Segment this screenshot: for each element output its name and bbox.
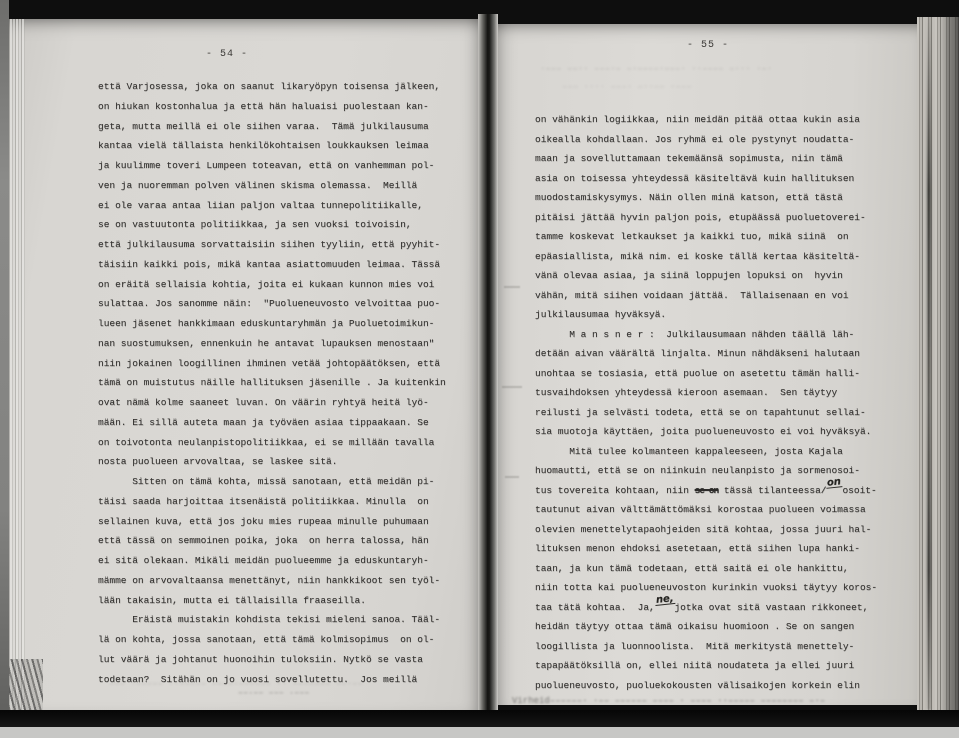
typewritten-line: sulattaa. Jos sanomme näin: "Puolueneuvo… [98, 294, 476, 314]
typewritten-line: sia muotoja käyttäen, joita puolueneuvos… [535, 422, 913, 442]
text-segment: taa tätä kohtaa. Ja, [535, 602, 655, 613]
typewritten-line: lueen jäsenet hankkimaan eduskuntaryhmän… [98, 314, 476, 334]
struck-out-text: se on [695, 485, 719, 496]
typewritten-line: on eräitä sellaisia kohtia, joita ei kuk… [98, 275, 476, 295]
typewritten-line: tusvaihdoksen yhteydessä kieroon asemaan… [535, 383, 913, 403]
typewritten-line: puolueneuvosto, puoluekokousten välisaik… [535, 676, 913, 696]
typewritten-line: reilusti ja selvästi todeta, että se on … [535, 403, 913, 423]
typewritten-line: lut väärä ja johtanut huonoihin tuloksii… [98, 650, 476, 670]
typewritten-line: on hiukan kostonhalua ja että hän haluai… [98, 97, 476, 117]
book-scan-photo: - 54 - että Varjosessa, joka on saanut l… [0, 0, 959, 738]
typewritten-line: lä on kohta, jossa sanotaan, että tämä k… [98, 630, 476, 650]
page-number-55: - 55 - [518, 40, 898, 51]
book-page-stack-right [917, 17, 959, 710]
typewritten-line: maan ja sovelluttamaan tekemäänsä sopimu… [535, 149, 913, 169]
scan-smudge [504, 286, 520, 288]
typewritten-line: loogillista ja luonnoolista. Mitä merkit… [535, 637, 913, 657]
page-stack-crease [927, 17, 931, 710]
photo-bottom-band [0, 710, 959, 727]
typewritten-line: että Varjosessa, joka on saanut likaryöp… [98, 77, 476, 97]
typewritten-line: tautunut aivan välttämättömäksi korostaa… [535, 500, 913, 520]
typewritten-line: asia on toisessa yhteydessä käsiteltävä … [535, 169, 913, 189]
typewritten-line: vähän, mitä siihen voidaan jättää. Tälla… [535, 286, 913, 306]
page-55-text: on vähänkin logiikkaa, niin meidän pitää… [535, 110, 913, 695]
typewritten-line: että tässä on semmoinen poika, joka on h… [98, 531, 476, 551]
text-segment: jotka ovat sitä vastaan rikkoneet, [674, 602, 868, 613]
page-sheet-edges-left [9, 19, 25, 710]
typewritten-line: ovat nämä kolme saaneet luvan. On väärin… [98, 393, 476, 413]
text-segment: osoit- [842, 485, 876, 496]
page-54: - 54 - että Varjosessa, joka on saanut l… [9, 19, 478, 710]
scan-smudge [505, 476, 519, 478]
typewritten-line: nan suostumuksen, ennenkuin he antavat l… [98, 334, 476, 354]
typewritten-line: tus tovereita kohtaan, niin se on tässä … [535, 481, 913, 501]
text-segment: tus tovereita kohtaan, niin [535, 485, 695, 496]
typewritten-line: epäasiallista, mikä nim. ei koske tällä … [535, 247, 913, 267]
typewritten-line: tamme koskevat letkaukset ja kaikki tuo,… [535, 227, 913, 247]
typewritten-line: tämä on muistutus näille hallituksen jäs… [98, 373, 476, 393]
handwritten-correction: ne, [654, 594, 675, 605]
typewritten-line: että julkilausuma sorvattaisiin siihen t… [98, 235, 476, 255]
typewritten-line: kantaa vielä tällaista henkilökohtaisen … [98, 136, 476, 156]
typewritten-line: Eräistä muistakin kohdista tekisi mielen… [98, 610, 476, 630]
typewritten-line: on toivotonta neulanpistopolitiikkaa, ei… [98, 433, 476, 453]
under-page-ghost-text: ––·–– ––– ·––– [238, 688, 309, 698]
typewritten-line: on vähänkin logiikkaa, niin meidän pitää… [535, 110, 913, 130]
typewritten-line: se on vastuutonta politiikkaa, ja sen vu… [98, 215, 476, 235]
under-page-ghost-text: Virheid––––––· ·–– –––––– –––– · –––– ··… [512, 696, 825, 706]
typewritten-line: Mitä tulee kolmanteen kappaleeseen, jost… [535, 442, 913, 462]
bleed-through-text: ·–· ···– ––––·· ·–––·––––·– –·––– ··–– –… [540, 64, 772, 74]
typewritten-line: M a n s n e r : Julkilausumaan nähden tä… [535, 325, 913, 345]
typewritten-line: lään takaisin, mutta ei tällaisilla fraa… [98, 591, 476, 611]
typewritten-line: huomautti, että se on niinkuin neulanpis… [535, 461, 913, 481]
photo-left-edge [0, 0, 9, 726]
typewritten-line: oikealla kohdallaan. Jos ryhmä ei ole py… [535, 130, 913, 150]
typewritten-line: ei sitä olekaan. Mikäli meidän puolueemm… [98, 551, 476, 571]
typewritten-line: mämme on arvovaltaansa menettänyt, niin … [98, 571, 476, 591]
typewritten-line: täisi saada harjoittaa itsenäistä politi… [98, 492, 476, 512]
typewritten-line: heidän täytyy ottaa tämä oikaisu huomioo… [535, 617, 913, 637]
typewritten-line: olevien menettelytapaohjeiden sitä kohta… [535, 520, 913, 540]
page-55: - 55 - ·–· ···– ––––·· ·–––·––––·– –·–––… [498, 24, 917, 705]
typewritten-line: taan, ja kun tämä todetaan, että saitä e… [535, 559, 913, 579]
typewritten-line: muodostamiskysymys. Näin ollen minä kats… [535, 188, 913, 208]
book-gutter [478, 14, 498, 711]
typewritten-line: vänä olevaa asiaa, ja siinä loppujen lop… [535, 266, 913, 286]
bleed-through-text: ––– ·––––– ··––––– ––––·–––––– ·· ––––––… [109, 679, 363, 689]
typewritten-line: niin jokainen loogillinen ihminen vetää … [98, 354, 476, 374]
typewritten-line: mään. Ei sillä auteta maan ja työväen as… [98, 413, 476, 433]
bleed-through-text: –––· ––··– ·––– ···· ––– [562, 82, 692, 92]
typewritten-line: täisiin kaikki pois, mikä kantaa asiatto… [98, 255, 476, 275]
photo-bottom-strip [0, 727, 959, 738]
typewritten-line: taa tätä kohtaa. Ja,ne,jotka ovat sitä v… [535, 598, 913, 618]
typewritten-line: ven ja nuoremman polven välinen skisma o… [98, 176, 476, 196]
typewritten-line: lituksen menon ehdoksi asetetaan, että s… [535, 539, 913, 559]
scan-smudge [502, 386, 522, 388]
typewritten-line: nosta puolueen arvovaltaa, se laskee sit… [98, 452, 476, 472]
typewritten-line: niin totta kai puolueneuvoston kurinkin … [535, 578, 913, 598]
page-54-text: että Varjosessa, joka on saanut likaryöp… [98, 77, 476, 689]
text-segment: tässä tilanteessa/ [718, 485, 826, 496]
handwritten-correction: on [826, 478, 843, 489]
typewritten-line: unohtaa se tosiasia, että puolue on aset… [535, 364, 913, 384]
typewritten-line: Sitten on tämä kohta, missä sanotaan, et… [98, 472, 476, 492]
typewritten-line: detään aivan väärältä linjalta. Minun nä… [535, 344, 913, 364]
typewritten-line: tapapäätöksillä on, ellei niitä noudatet… [535, 656, 913, 676]
typewritten-line: pitäisi jättää hyvin paljon pois, etupää… [535, 208, 913, 228]
typewritten-line: ei ole varaa antaa liian paljon valtaa t… [98, 196, 476, 216]
page-number-54: - 54 - [27, 49, 427, 60]
typewritten-line: ja kuulimme toveri Lumpeen toteavan, ett… [98, 156, 476, 176]
typewritten-line: julkilausumaa hyväksyä. [535, 305, 913, 325]
typewritten-line: geta, mutta meillä ei ole siihen varaa. … [98, 117, 476, 137]
typewritten-line: sellainen kuva, että jos joku mies rupea… [98, 512, 476, 532]
